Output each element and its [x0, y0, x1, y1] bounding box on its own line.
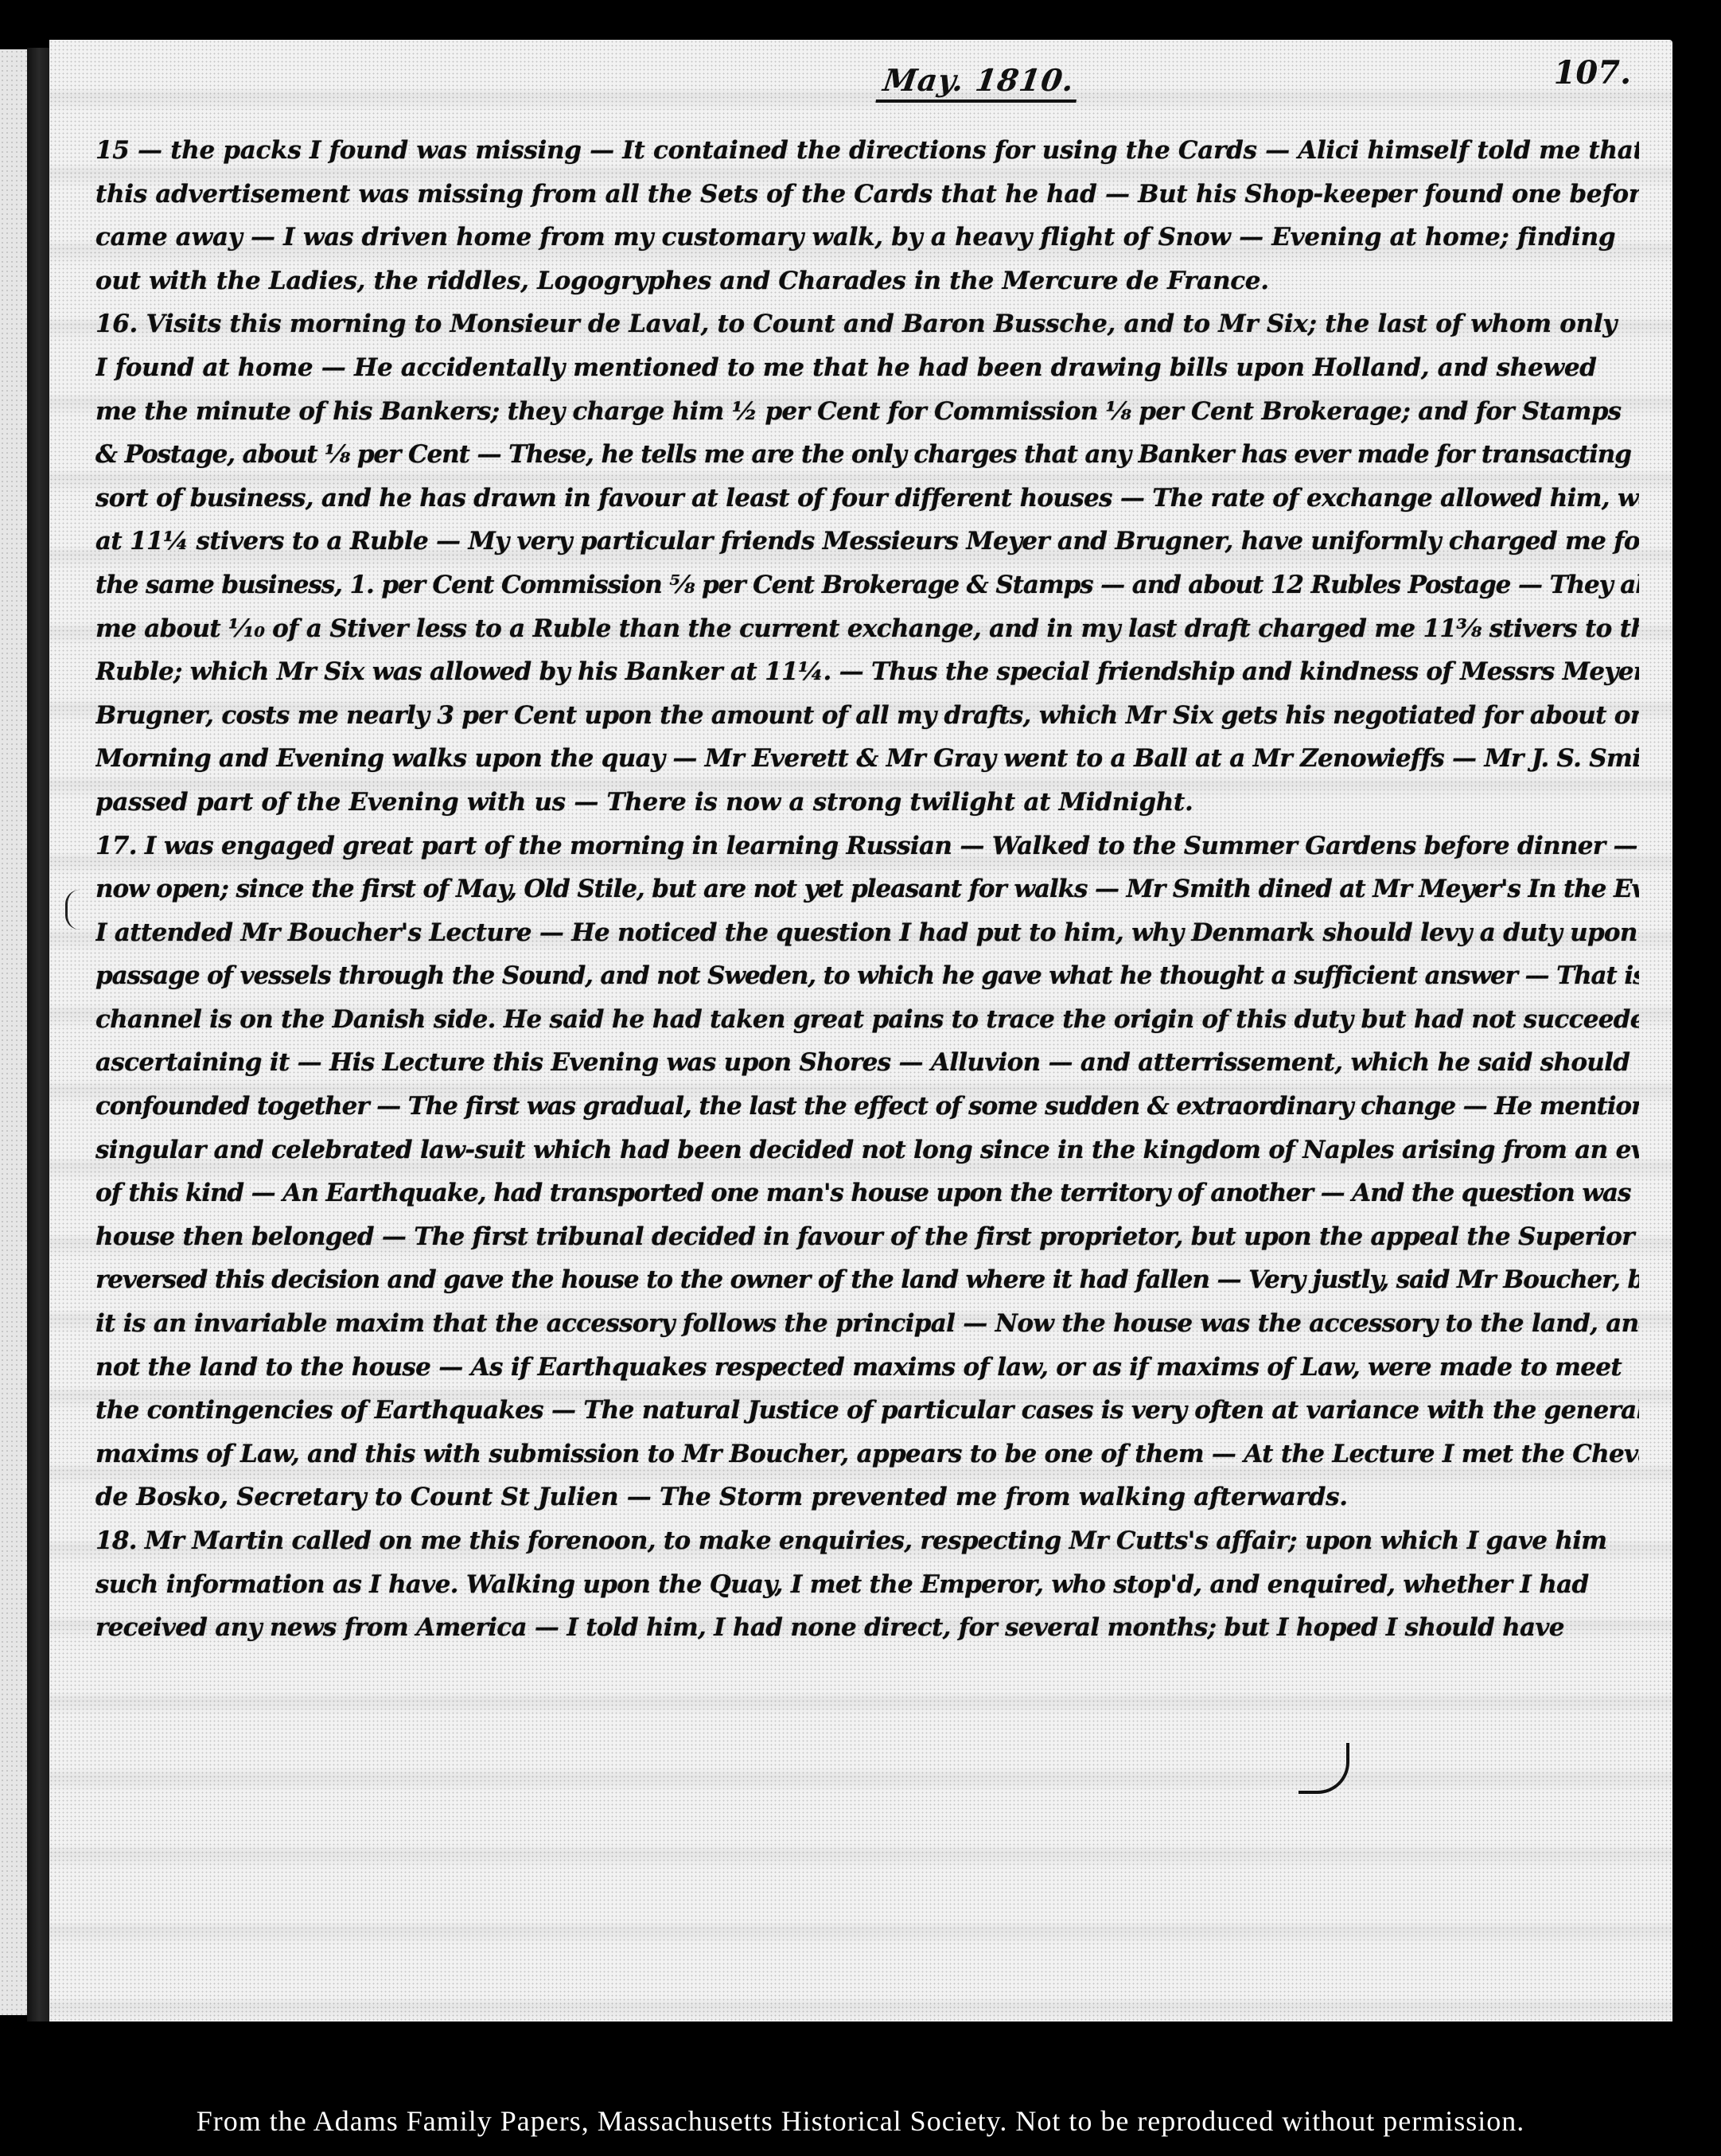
text-line: confounded together — The first was grad…: [95, 1085, 1639, 1129]
text-line: passed part of the Evening with us — The…: [95, 781, 1639, 825]
text-line: & Postage, about ⅛ per Cent — These, he …: [95, 433, 1639, 477]
text-line: me about ⅒ of a Stiver less to a Ruble t…: [95, 607, 1639, 651]
text-line: the same business, 1. per Cent Commissio…: [95, 563, 1639, 607]
text-line: the contingencies of Earthquakes — The n…: [95, 1389, 1639, 1433]
text-line: out with the Ladies, the riddles, Logogr…: [95, 259, 1639, 303]
text-line: passage of vessels through the Sound, an…: [95, 954, 1639, 998]
text-line: at 11¼ stivers to a Ruble — My very part…: [95, 520, 1639, 563]
entry-close-bracket-mark: [1299, 1743, 1349, 1794]
scan-bottom-border: [0, 2021, 1721, 2069]
text-line: de Bosko, Secretary to Count St Julien —…: [95, 1476, 1639, 1519]
date-heading: May. 1810.: [875, 62, 1081, 103]
text-line: house then belonged — The first tribunal…: [95, 1215, 1639, 1259]
text-line: Morning and Evening walks upon the quay …: [95, 737, 1639, 781]
text-line: it is an invariable maxim that the acces…: [95, 1302, 1639, 1346]
text-line: Ruble; which Mr Six was allowed by his B…: [95, 650, 1639, 694]
text-line: came away — I was driven home from my cu…: [95, 216, 1639, 259]
text-line: 17. I was engaged great part of the morn…: [95, 825, 1639, 868]
margin-bracket-mark: [65, 890, 82, 930]
manuscript-page: May. 1810. 107. 15 — the packs I found w…: [49, 40, 1672, 2021]
text-line: now open; since the first of May, Old St…: [95, 867, 1639, 911]
text-line: singular and celebrated law-suit which h…: [95, 1129, 1639, 1172]
text-line: I found at home — He accidentally mentio…: [95, 346, 1639, 390]
text-line: sort of business, and he has drawn in fa…: [95, 477, 1639, 520]
text-line: this advertisement was missing from all …: [95, 173, 1639, 216]
manuscript-text: 15 — the packs I found was missing — It …: [95, 129, 1639, 1650]
text-line: channel is on the Danish side. He said h…: [95, 998, 1639, 1042]
text-line: I attended Mr Boucher's Lecture — He not…: [95, 911, 1639, 955]
copyright-notice: From the Adams Family Papers, Massachuse…: [0, 2101, 1721, 2141]
page-header: May. 1810. 107.: [49, 54, 1672, 110]
text-line: such information as I have. Walking upon…: [95, 1563, 1639, 1607]
text-line: ascertaining it — His Lecture this Eveni…: [95, 1041, 1639, 1085]
text-line: not the land to the house — As if Earthq…: [95, 1346, 1639, 1390]
text-line: 18. Mr Martin called on me this forenoon…: [95, 1519, 1639, 1563]
page-number: 107.: [1554, 54, 1631, 92]
text-line: 16. Visits this morning to Monsieur de L…: [95, 302, 1639, 346]
book-gutter: [27, 48, 51, 2021]
text-line: me the minute of his Bankers; they charg…: [95, 390, 1639, 434]
text-line: received any news from America — I told …: [95, 1606, 1639, 1650]
text-line: maxims of Law, and this with submission …: [95, 1433, 1639, 1476]
text-line: reversed this decision and gave the hous…: [95, 1258, 1639, 1302]
text-line: Brugner, costs me nearly 3 per Cent upon…: [95, 694, 1639, 738]
facing-page-edge: [0, 49, 27, 2015]
text-line: of this kind — An Earthquake, had transp…: [95, 1172, 1639, 1215]
text-line: 15 — the packs I found was missing — It …: [95, 129, 1639, 173]
scan-frame: May. 1810. 107. 15 — the packs I found w…: [0, 0, 1721, 2156]
